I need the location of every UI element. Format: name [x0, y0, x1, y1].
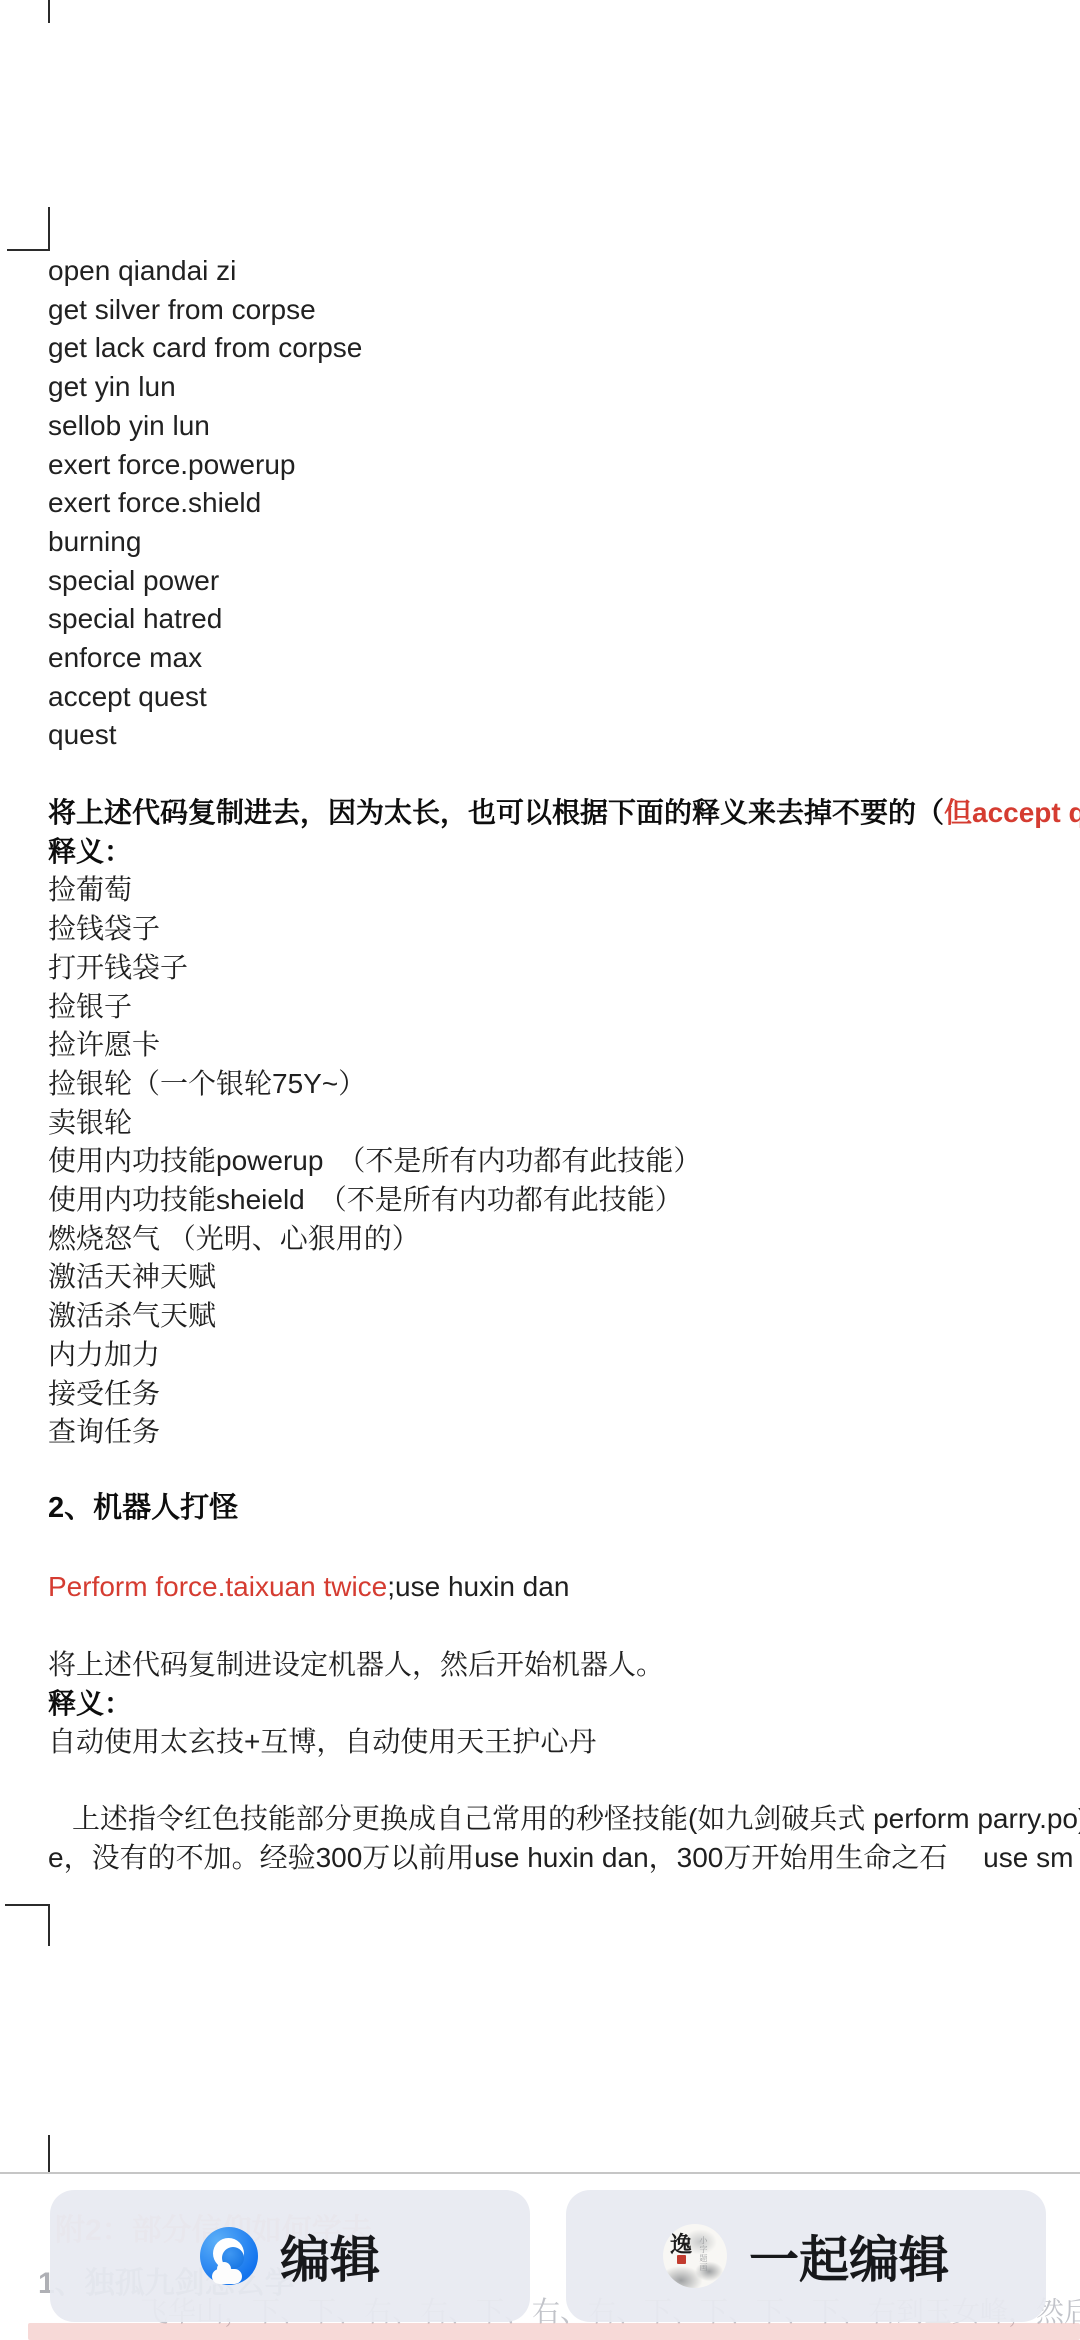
command-line: get yin lun	[48, 368, 362, 407]
tip-line: e，没有的不加。经验300万以前用use huxin dan，300万开始用生命…	[48, 1838, 1080, 1877]
command-line: accept quest	[48, 678, 362, 717]
tip-line: 上述指令红色技能部分更换成自己常用的秒怪技能(如九剑破兵式 perform pa…	[48, 1799, 1080, 1838]
command-line: get lack card from corpse	[48, 329, 362, 368]
definitions-section: 将上述代码复制进去，因为太长，也可以根据下面的释义来去掉不要的（但accept …	[48, 794, 1080, 1452]
definition-line: 卖银轮	[48, 1104, 1080, 1143]
command-line: special power	[48, 562, 362, 601]
document-viewer-screen: open qiandai zi get silver from corpse g…	[0, 0, 1080, 2340]
edit-button-label: 编辑	[280, 2220, 380, 2292]
copy-note-black: 将上述代码复制进去，因为太长，也可以根据下面的释义来去掉不要的（	[48, 797, 944, 828]
definition-line: 捡钱袋子	[48, 910, 1080, 949]
definition-line: 内力加力	[48, 1336, 1080, 1375]
margin-corner-mark-topleft	[48, 207, 50, 251]
command-line: exert force.powerup	[48, 446, 362, 485]
margin-corner-mark-bottomleft	[48, 1904, 50, 1946]
tip-paragraph: 上述指令红色技能部分更换成自己常用的秒怪技能(如九剑破兵式 perform pa…	[48, 1799, 1080, 1877]
command-line: quest	[48, 716, 362, 755]
margin-corner-mark-topleft-h	[7, 249, 50, 251]
shiyi-label: 释义：	[48, 833, 1080, 872]
definition-line: 燃烧怒气 （光明、心狠用的）	[48, 1220, 1080, 1259]
section2-shiyi-label: 释义：	[48, 1685, 664, 1724]
edit-button[interactable]: 编辑	[50, 2190, 530, 2322]
definition-line: 打开钱袋子	[48, 949, 1080, 988]
qq-browser-icon	[200, 2227, 258, 2285]
co-edit-button-label: 一起编辑	[749, 2220, 949, 2292]
definition-line: 接受任务	[48, 1375, 1080, 1414]
robot-command-black: ;use huxin dan	[387, 1571, 569, 1602]
command-line: exert force.shield	[48, 484, 362, 523]
dimmed-clipped-text-strip	[28, 2323, 1080, 2340]
section2-definition: 自动使用太玄技+互博，自动使用天王护心丹	[48, 1723, 664, 1762]
robot-command-red: Perform force.taixuan twice	[48, 1571, 387, 1602]
command-line: burning	[48, 523, 362, 562]
page-separator-line	[0, 2172, 1080, 2174]
definition-line: 捡许愿卡	[48, 1026, 1080, 1065]
command-list: open qiandai zi get silver from corpse g…	[48, 252, 362, 755]
definition-line: 捡葡萄	[48, 871, 1080, 910]
command-line: sellob yin lun	[48, 407, 362, 446]
page-corner-mark-top	[48, 0, 50, 23]
margin-corner-mark-bottomleft-h	[5, 1904, 50, 1906]
section2-body: 将上述代码复制进设定机器人，然后开始机器人。 释义： 自动使用太玄技+互博，自动…	[48, 1646, 664, 1762]
ink-painting-avatar-icon: 逸 小字题画	[663, 2224, 727, 2288]
definition-line: 使用内功技能sheield （不是所有内功都有此技能）	[48, 1181, 1080, 1220]
robot-command-line: Perform force.taixuan twice;use huxin da…	[48, 1567, 569, 1606]
section2-copy-note: 将上述代码复制进设定机器人，然后开始机器人。	[48, 1646, 664, 1685]
next-page-corner-mark	[48, 2135, 50, 2172]
definition-line: 捡银轮（一个银轮75Y~）	[48, 1065, 1080, 1104]
copy-note-red: 但accept quest必须保留）	[944, 797, 1080, 828]
red-seal-mark	[677, 2255, 686, 2264]
definition-line: 激活天神天赋	[48, 1258, 1080, 1297]
definition-line: 激活杀气天赋	[48, 1297, 1080, 1336]
definition-line: 使用内功技能powerup （不是所有内功都有此技能）	[48, 1142, 1080, 1181]
command-line: special hatred	[48, 600, 362, 639]
definition-line: 捡银子	[48, 988, 1080, 1027]
copy-note: 将上述代码复制进去，因为太长，也可以根据下面的释义来去掉不要的（但accept …	[48, 794, 1080, 833]
section2-heading: 2、机器人打怪	[48, 1489, 238, 1528]
command-line: enforce max	[48, 639, 362, 678]
definition-line: 查询任务	[48, 1413, 1080, 1452]
command-line: open qiandai zi	[48, 252, 362, 291]
command-line: get silver from corpse	[48, 291, 362, 330]
co-edit-button[interactable]: 逸 小字题画 一起编辑	[566, 2190, 1046, 2322]
